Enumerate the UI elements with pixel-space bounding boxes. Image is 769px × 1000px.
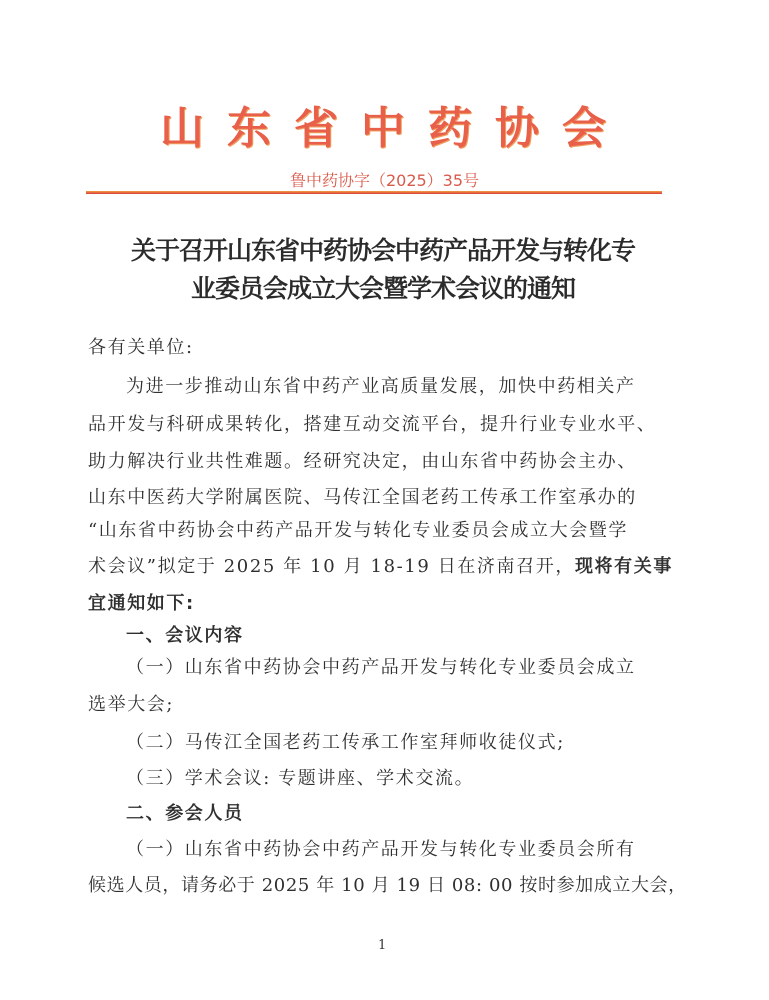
section-2-item-1-cont: 候选人员，请务必于 2025 年 10 月 19 日 08: 00 按时参加成立… — [88, 874, 668, 898]
intro-line-3: 助力解决行业共性难题。经研究决定，由山东省中药协会主办、 — [88, 450, 668, 474]
section-1-heading: 一、会议内容 — [126, 624, 706, 648]
section-1-item-3: （三）学术会议: 专题讲座、学术交流。 — [126, 767, 706, 791]
intro-line-6-text: 术会议”拟定于 2025 年 10 月 18-19 日在济南召开， — [88, 556, 575, 577]
title-line-1: 关于召开山东省中药协会中药产品开发与转化专 — [88, 232, 678, 270]
organization-letterhead: 山东省中药协会 — [0, 92, 769, 156]
intro-line-4: 山东中医药大学附属医院、马传江全国老药工传承工作室承办的 — [88, 486, 668, 510]
intro-line-6: 术会议”拟定于 2025 年 10 月 18-19 日在济南召开，现将有关事 — [88, 555, 668, 579]
document-number: 鲁中药协字（2025）35号 — [0, 168, 769, 191]
salutation: 各有关单位: — [88, 336, 668, 360]
notice-title: 关于召开山东省中药协会中药产品开发与转化专 业委员会成立大会暨学术会议的通知 — [88, 232, 678, 308]
title-line-2: 业委员会成立大会暨学术会议的通知 — [88, 270, 678, 308]
page-number: 1 — [378, 938, 386, 953]
section-2-item-1: （一）山东省中药协会中药产品开发与转化专业委员会所有 — [126, 838, 706, 862]
intro-line-5: “山东省中药协会中药产品开发与转化专业委员会成立大会暨学 — [88, 519, 668, 543]
intro-bold-tail: 现将有关事 — [575, 556, 673, 577]
section-2-heading: 二、参会人员 — [126, 802, 706, 826]
section-1-item-1-cont: 选举大会; — [88, 693, 668, 717]
intro-line-2: 品开发与科研成果转化，搭建互动交流平台，提升行业专业水平、 — [88, 413, 668, 437]
intro-line-1: 为进一步推动山东省中药产业高质量发展，加快中药相关产 — [126, 375, 706, 399]
intro-bold-last: 宜通知如下: — [88, 592, 668, 616]
section-1-item-2: （二）马传江全国老药工传承工作室拜师收徒仪式; — [126, 731, 706, 755]
letterhead-divider — [86, 191, 662, 194]
section-1-item-1: （一）山东省中药协会中药产品开发与转化专业委员会成立 — [126, 656, 706, 680]
